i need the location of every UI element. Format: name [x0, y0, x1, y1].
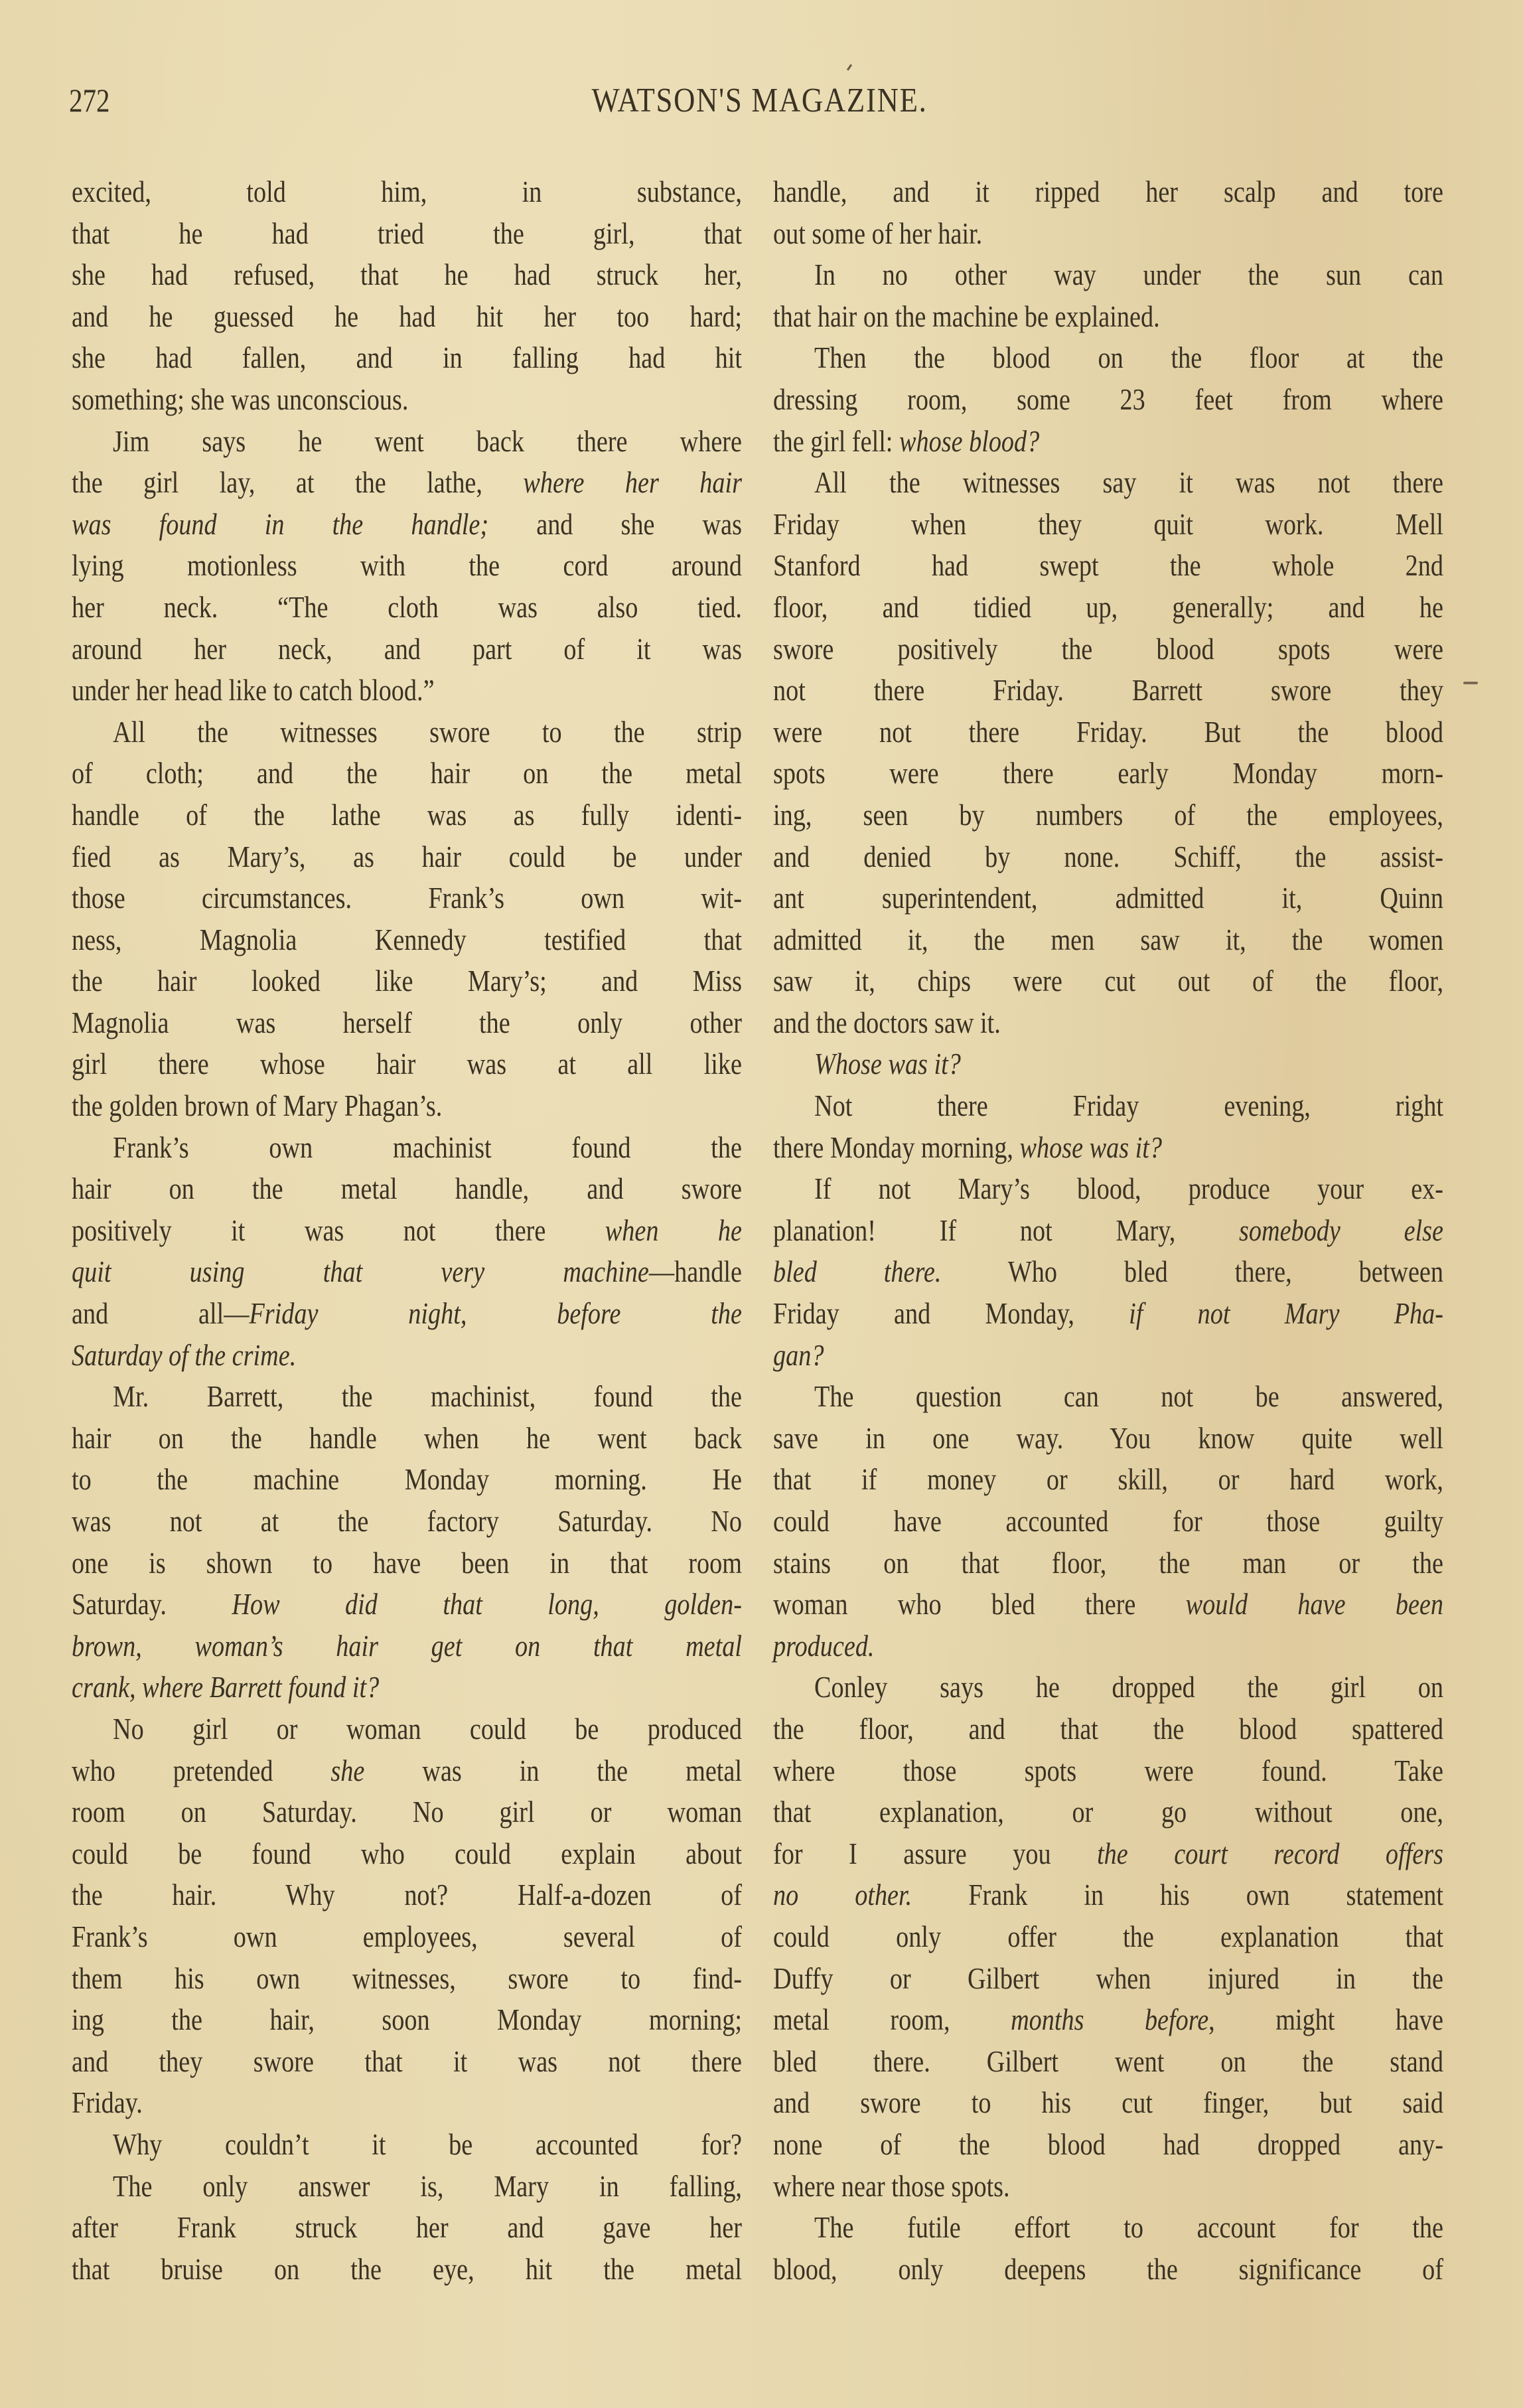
text-line: something; she was unconscious.: [72, 382, 742, 423]
text-line: Whose was it?: [773, 1046, 1443, 1088]
text-line: quit using that very machine—handle: [72, 1254, 742, 1296]
text-line: none of the blood had dropped any-: [773, 2127, 1443, 2168]
text-line: was found in the handle; and she was: [72, 506, 742, 548]
text-line: could be found who could explain about: [72, 1836, 742, 1878]
text-line: The futile effort to account for the: [773, 2210, 1443, 2251]
text-line: floor, and tidied up, generally; and he: [773, 589, 1443, 631]
text-line: no other. Frank in his own statement: [773, 1877, 1443, 1919]
text-line: the hair looked like Mary’s; and Miss: [72, 963, 742, 1005]
text-line: Magnolia was herself the only other: [72, 1005, 742, 1047]
text-line: crank, where Barrett found it?: [72, 1669, 742, 1711]
text-line: that he had tried the girl, that: [72, 216, 742, 258]
margin-mark: [1463, 682, 1478, 684]
text-line: All the witnesses say it was not there: [773, 465, 1443, 506]
text-line: the floor, and that the blood spattered: [773, 1711, 1443, 1753]
text-line: that bruise on the eye, hit the metal: [72, 2251, 742, 2293]
text-line: positively it was not there when he: [72, 1213, 742, 1254]
text-line: of cloth; and the hair on the metal: [72, 755, 742, 797]
running-header: 272 WATSON'S MAGAZINE.: [69, 81, 1450, 127]
text-line: spots were there early Monday morn-: [773, 755, 1443, 797]
text-line: dressing room, some 23 feet from where: [773, 382, 1443, 423]
running-title: WATSON'S MAGAZINE.: [166, 81, 1354, 120]
text-line: Duffy or Gilbert when injured in the: [773, 1961, 1443, 2002]
text-line: swore positively the blood spots were: [773, 631, 1443, 673]
text-line: planation! If not Mary, somebody else: [773, 1213, 1443, 1254]
text-line: that explanation, or go without one,: [773, 1794, 1443, 1836]
text-line: The only answer is, Mary in falling,: [72, 2168, 742, 2210]
text-line: admitted it, the men saw it, the women: [773, 922, 1443, 964]
text-line: the hair. Why not? Half-a-dozen of: [72, 1877, 742, 1919]
text-line: produced.: [773, 1628, 1443, 1670]
text-line: bled there. Who bled there, between: [773, 1254, 1443, 1296]
text-line: hair on the metal handle, and swore: [72, 1171, 742, 1213]
text-line: ing, seen by numbers of the employees,: [773, 797, 1443, 839]
text-line: one is shown to have been in that room: [72, 1545, 742, 1587]
text-line: that if money or skill, or hard work,: [773, 1462, 1443, 1503]
text-line: for I assure you the court record offers: [773, 1836, 1443, 1878]
text-line: In no other way under the sun can: [773, 257, 1443, 299]
text-line: fied as Mary’s, as hair could be under: [72, 839, 742, 881]
text-line: handle of the lathe was as fully identi-: [72, 797, 742, 839]
text-line: Saturday. How did that long, golden-: [72, 1586, 742, 1628]
text-line: Stanford had swept the whole 2nd: [773, 548, 1443, 589]
text-line: lying motionless with the cord around: [72, 548, 742, 589]
text-line: where near those spots.: [773, 2168, 1443, 2210]
text-line: and the doctors saw it.: [773, 1005, 1443, 1047]
text-line: and denied by none. Schiff, the assist-: [773, 839, 1443, 881]
text-column-right: handle, and it ripped her scalp and tore…: [773, 174, 1443, 2293]
text-line: to the machine Monday morning. He: [72, 1462, 742, 1503]
text-line: that hair on the machine be explained.: [773, 299, 1443, 340]
text-line: them his own witnesses, swore to find-: [72, 1961, 742, 2002]
text-line: stains on that floor, the man or the: [773, 1545, 1443, 1587]
text-line: and he guessed he had hit her too hard;: [72, 299, 742, 340]
text-line: and all—Friday night, before the: [72, 1296, 742, 1337]
text-line: could only offer the explanation that: [773, 1919, 1443, 1961]
text-line: metal room, months before, might have: [773, 2002, 1443, 2044]
text-line: Mr. Barrett, the machinist, found the: [72, 1379, 742, 1420]
text-line: were not there Friday. But the blood: [773, 714, 1443, 756]
text-line: bled there. Gilbert went on the stand: [773, 2044, 1443, 2085]
text-line: save in one way. You know quite well: [773, 1420, 1443, 1462]
text-line: under her head like to catch blood.”: [72, 672, 742, 714]
text-line: there Monday morning, whose was it?: [773, 1130, 1443, 1171]
text-line: Saturday of the crime.: [72, 1337, 742, 1379]
magazine-page: 272 WATSON'S MAGAZINE. excited, told him…: [0, 0, 1523, 2408]
text-line: she had fallen, and in falling had hit: [72, 340, 742, 382]
text-line: the girl lay, at the lathe, where her ha…: [72, 465, 742, 506]
text-column-left: excited, told him, in substance,that he …: [72, 174, 742, 2293]
text-line: was not at the factory Saturday. No: [72, 1503, 742, 1545]
text-line: If not Mary’s blood, produce your ex-: [773, 1171, 1443, 1213]
text-line: Frank’s own machinist found the: [72, 1130, 742, 1171]
text-line: Jim says he went back there where: [72, 423, 742, 465]
text-line: The question can not be answered,: [773, 1379, 1443, 1420]
text-line: and they swore that it was not there: [72, 2044, 742, 2085]
text-line: not there Friday. Barrett swore they: [773, 672, 1443, 714]
text-line: hair on the handle when he went back: [72, 1420, 742, 1462]
text-line: Frank’s own employees, several of: [72, 1919, 742, 1961]
text-line: after Frank struck her and gave her: [72, 2210, 742, 2251]
ink-mark: [847, 64, 852, 71]
text-line: out some of her hair.: [773, 216, 1443, 258]
text-line: those circumstances. Frank’s own wit-: [72, 880, 742, 922]
text-line: ant superintendent, admitted it, Quinn: [773, 880, 1443, 922]
text-line: and swore to his cut finger, but said: [773, 2085, 1443, 2127]
text-line: woman who bled there would have been: [773, 1586, 1443, 1628]
text-line: the golden brown of Mary Phagan’s.: [72, 1088, 742, 1130]
text-line: she had refused, that he had struck her,: [72, 257, 742, 299]
text-line: Not there Friday evening, right: [773, 1088, 1443, 1130]
text-line: girl there whose hair was at all like: [72, 1046, 742, 1088]
text-line: Friday and Monday, if not Mary Pha-: [773, 1296, 1443, 1337]
text-line: blood, only deepens the significance of: [773, 2251, 1443, 2293]
text-line: ing the hair, soon Monday morning;: [72, 2002, 742, 2044]
text-line: brown, woman’s hair get on that metal: [72, 1628, 742, 1670]
text-line: gan?: [773, 1337, 1443, 1379]
text-line: Friday.: [72, 2085, 742, 2127]
text-line: Friday when they quit work. Mell: [773, 506, 1443, 548]
text-line: could have accounted for those guilty: [773, 1503, 1443, 1545]
text-line: room on Saturday. No girl or woman: [72, 1794, 742, 1836]
text-line: Conley says he dropped the girl on: [773, 1669, 1443, 1711]
page-number: 272: [69, 81, 110, 119]
text-line: around her neck, and part of it was: [72, 631, 742, 673]
text-line: ness, Magnolia Kennedy testified that: [72, 922, 742, 964]
text-line: No girl or woman could be produced: [72, 1711, 742, 1753]
text-line: handle, and it ripped her scalp and tore: [773, 174, 1443, 216]
text-line: All the witnesses swore to the strip: [72, 714, 742, 756]
text-line: where those spots were found. Take: [773, 1753, 1443, 1795]
text-line: who pretended she was in the metal: [72, 1753, 742, 1795]
text-line: Why couldn’t it be accounted for?: [72, 2127, 742, 2168]
text-line: her neck. “The cloth was also tied.: [72, 589, 742, 631]
text-line: Then the blood on the floor at the: [773, 340, 1443, 382]
text-line: the girl fell: whose blood?: [773, 423, 1443, 465]
text-line: saw it, chips were cut out of the floor,: [773, 963, 1443, 1005]
text-line: excited, told him, in substance,: [72, 174, 742, 216]
